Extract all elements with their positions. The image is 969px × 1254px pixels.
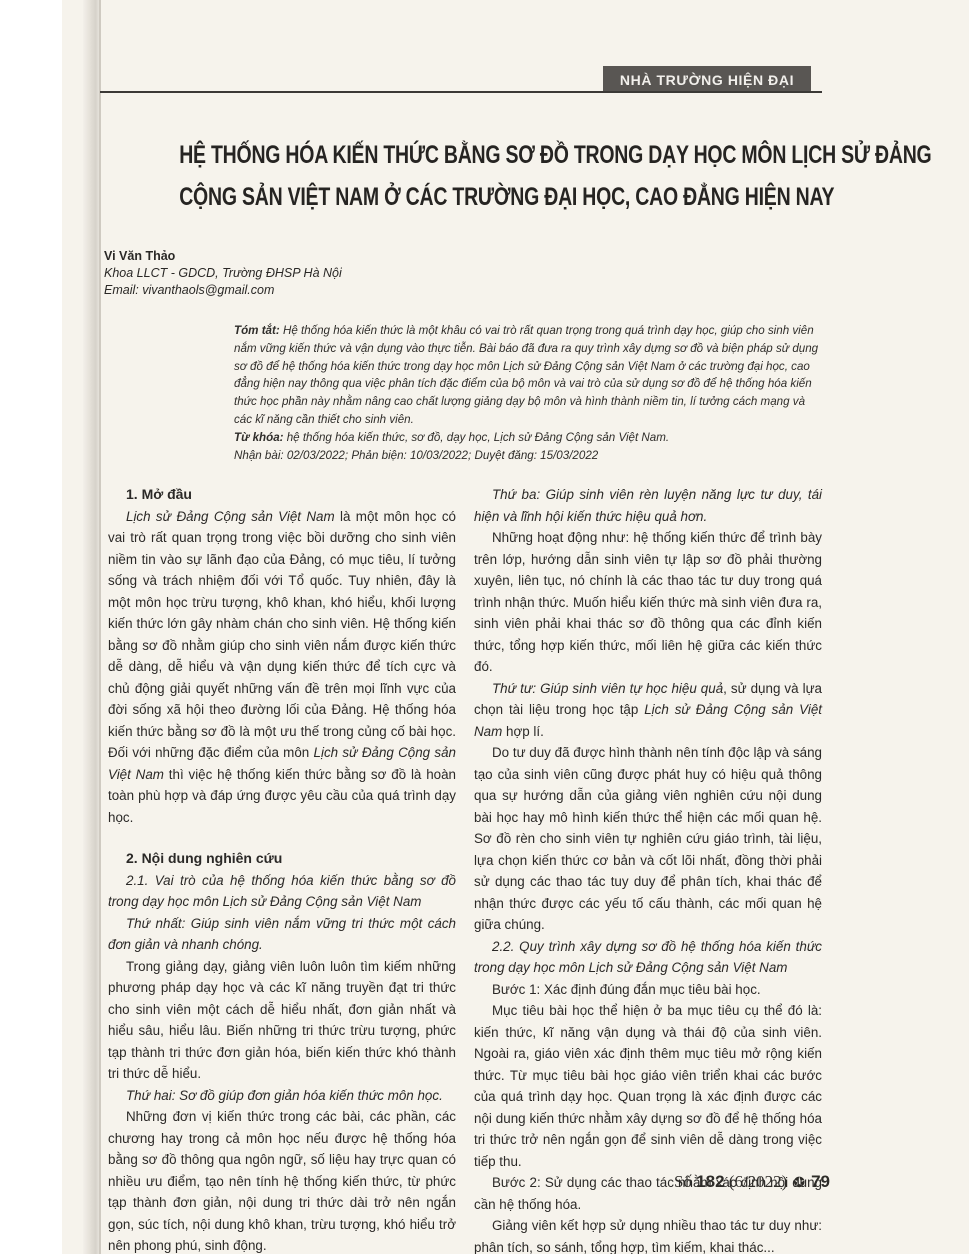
heading-introduction: 1. Mở đầu <box>108 484 456 506</box>
keywords-label: Từ khóa: <box>234 431 284 444</box>
paragraph-independent-thinking: Do tư duy đã được hình thành nên tính độ… <box>474 742 822 936</box>
subheading-2-2: 2.2. Quy trình xây dựng sơ đồ hệ thống h… <box>474 936 822 979</box>
abstract-label: Tóm tắt: <box>234 324 280 337</box>
page-footer: Số 182 (6/2022)✪79 <box>620 1172 830 1192</box>
paragraph-objectives: Mục tiêu bài học thể hiện ở ba mục tiêu … <box>474 1000 822 1172</box>
spacer <box>108 828 456 848</box>
point-first: Thứ nhất: Giúp sinh viên nắm vững tri th… <box>108 913 456 956</box>
article-title: HỆ THỐNG HÓA KIẾN THỨC BẰNG SƠ ĐỒ TRONG … <box>179 134 741 218</box>
author-email: Email: vivanthaols@gmail.com <box>104 282 342 299</box>
author-name: Vi Văn Thảo <box>104 248 342 265</box>
abstract-text: Hệ thống hóa kiến thức là một khâu có va… <box>234 324 818 426</box>
subheading-2-1: 2.1. Vai trò của hệ thống hóa kiến thức … <box>108 870 456 913</box>
heading-research-content: 2. Nội dung nghiên cứu <box>108 848 456 870</box>
star-separator-icon: ✪ <box>793 1176 805 1191</box>
author-block: Vi Văn Thảo Khoa LLCT - GDCD, Trường ĐHS… <box>104 248 342 299</box>
right-column: Thứ ba: Giúp sinh viên rèn luyện năng lự… <box>474 484 822 1254</box>
title-line-1: HỆ THỐNG HÓA KIẾN THỨC BẰNG SƠ ĐỒ TRONG … <box>179 134 741 176</box>
point-fourth: Thứ tư: Giúp sinh viên tự học hiệu quả, … <box>474 678 822 743</box>
point-third: Thứ ba: Giúp sinh viên rèn luyện năng lự… <box>474 484 822 527</box>
paragraph-activities: Những hoạt động như: hệ thống kiến thức … <box>474 527 822 678</box>
intro-paragraph: Lịch sử Đảng Cộng sản Việt Nam là một mô… <box>108 506 456 829</box>
paragraph-knowledge-units: Những đơn vị kiến thức trong các bài, cá… <box>108 1106 456 1254</box>
keywords-text: hệ thống hóa kiến thức, sơ đồ, dạy học, … <box>284 431 670 444</box>
title-line-2: CỘNG SẢN VIỆT NAM Ở CÁC TRƯỜNG ĐẠI HỌC, … <box>179 176 741 218</box>
gutter-line <box>99 0 101 1254</box>
keywords: Từ khóa: hệ thống hóa kiến thức, sơ đồ, … <box>234 429 824 447</box>
abstract-paragraph: Tóm tắt: Hệ thống hóa kiến thức là một k… <box>234 322 824 429</box>
issue-number: 182 <box>696 1172 724 1191</box>
page-number: 79 <box>811 1172 830 1191</box>
step-1: Bước 1: Xác định đúng đắn mục tiêu bài h… <box>474 979 822 1001</box>
issue-prefix: Số <box>674 1172 696 1191</box>
section-label: NHÀ TRƯỜNG HIỆN ĐẠI <box>603 66 811 93</box>
abstract: Tóm tắt: Hệ thống hóa kiến thức là một k… <box>234 322 824 464</box>
left-column: 1. Mở đầu Lịch sử Đảng Cộng sản Việt Nam… <box>108 484 456 1254</box>
paragraph-thinking-operations: Giảng viên kết hợp sử dụng nhiều thao tá… <box>474 1215 822 1254</box>
point-second: Thứ hai: Sơ đồ giúp đơn giản hóa kiến th… <box>108 1085 456 1107</box>
paragraph-teaching: Trong giảng dạy, giảng viên luôn luôn tì… <box>108 956 456 1085</box>
header-divider <box>100 91 822 93</box>
author-affiliation: Khoa LLCT - GDCD, Trường ĐHSP Hà Nội <box>104 265 342 282</box>
issue-date: (6/2022) <box>725 1172 788 1191</box>
article-dates: Nhận bài: 02/03/2022; Phản biện: 10/03/2… <box>234 447 824 465</box>
